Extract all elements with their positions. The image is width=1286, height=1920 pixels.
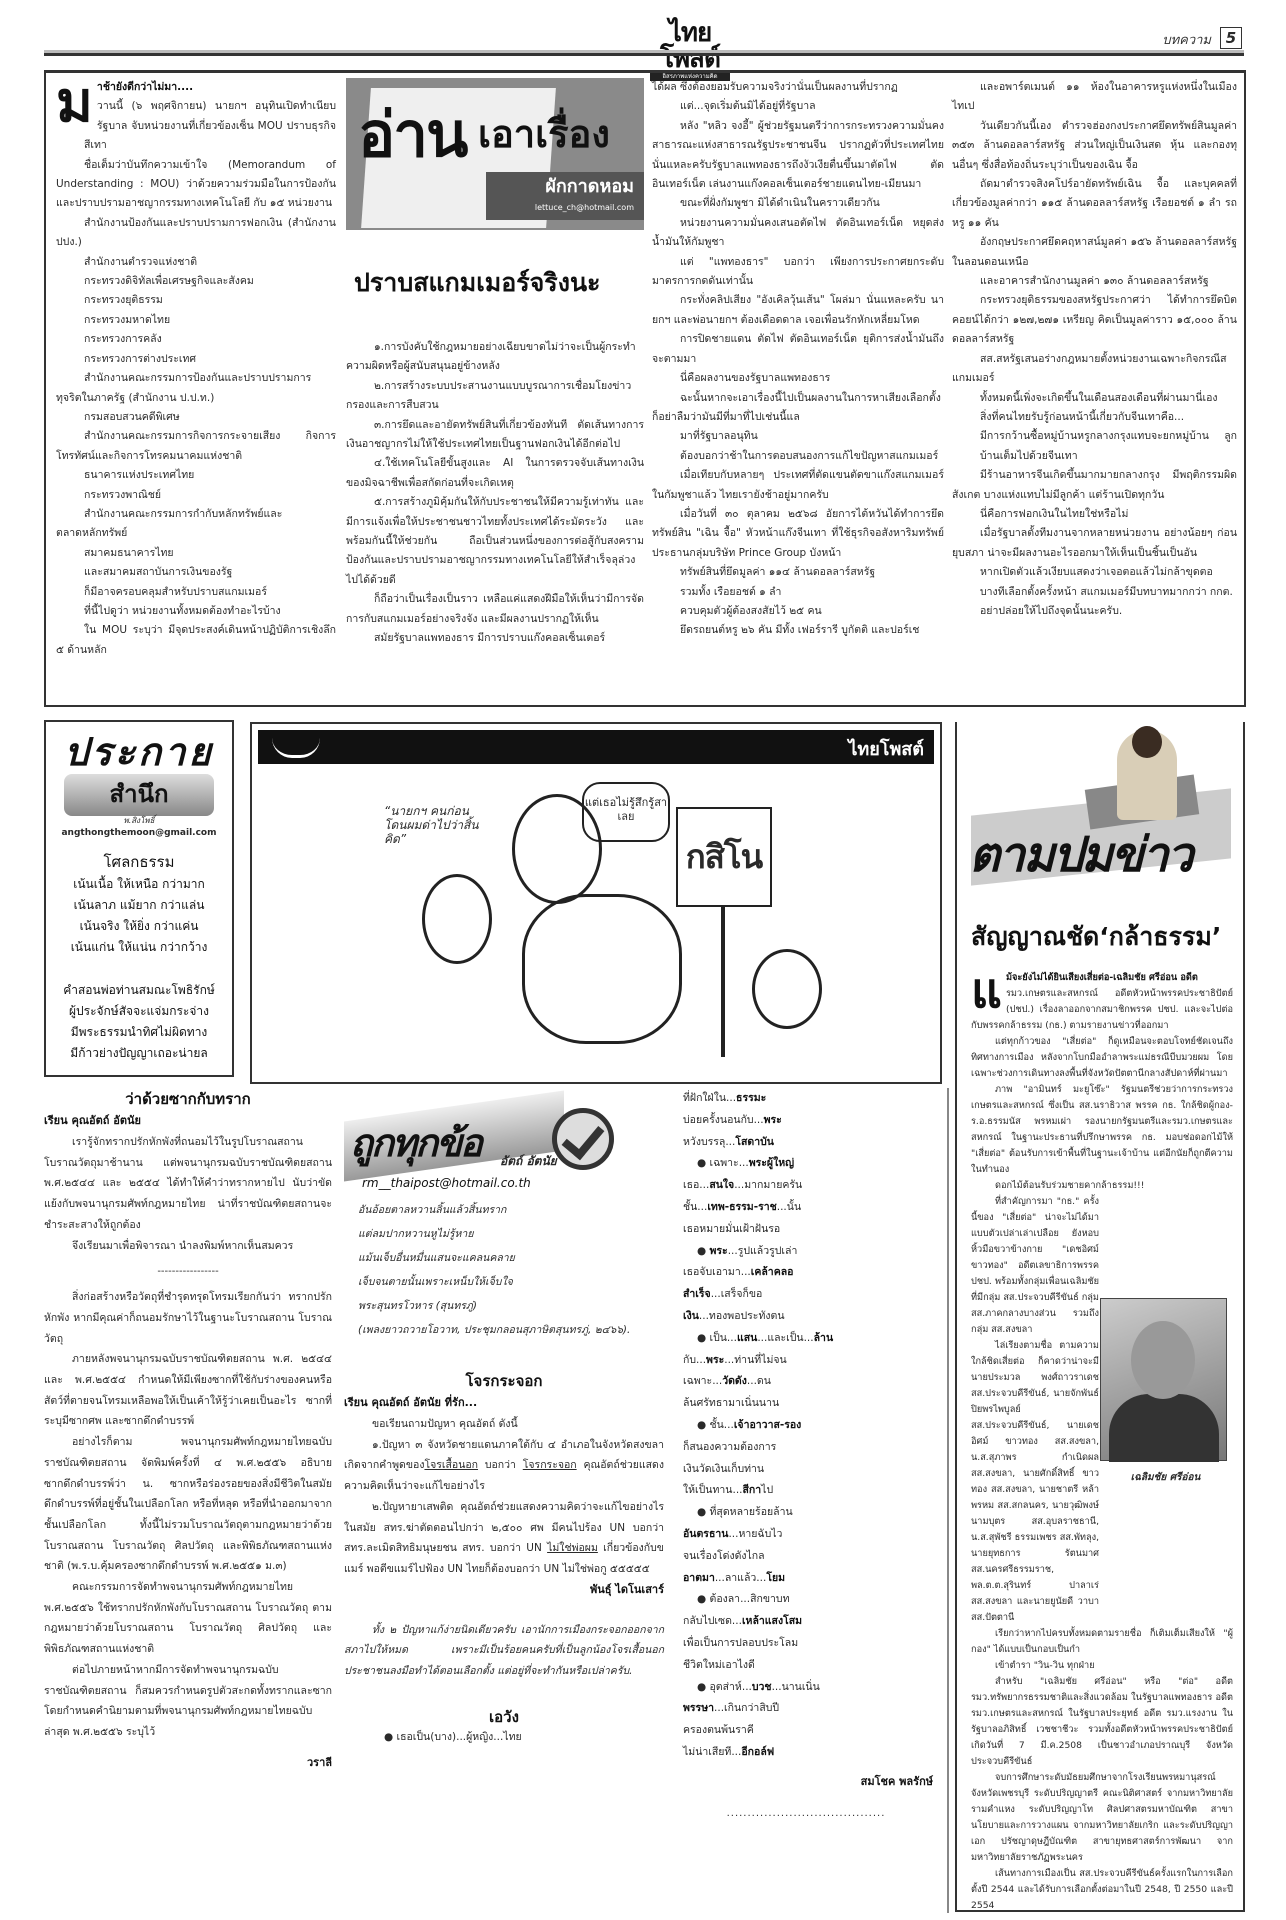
paragraph: อย่าปล่อยให้ไปถึงจุดนั้นนะครับ. — [952, 602, 1237, 621]
paragraph: สมาคมธนาคารไทย — [56, 544, 336, 563]
signature: สมโชค พลรักษ์ — [665, 1772, 933, 1790]
paragraph: กระทรวงยุติธรรม — [56, 291, 336, 310]
paragraph: แต่ทุกก้าวของ "เสี่ยต่อ" ก็ดูเหมือนจะตอบ… — [971, 1034, 1233, 1082]
paragraph: ได้ผล ซึ่งต้องยอมรับความจริงว่านั่นเป็นผ… — [652, 78, 944, 97]
verse-line: เจ็บจนตายนั้นเพราะเหน็บให้เจ็บใจ — [358, 1270, 664, 1294]
paragraph: สิ่งที่คนไทยรับรู้ก่อนหน้านี้เกี่ยวกับจี… — [952, 408, 1237, 427]
paragraph: เมื่อวันที่ ๓๐ ตุลาคม ๒๕๖๘ อัยการไต้หวัน… — [652, 505, 944, 563]
paragraph-list: และอพาร์ตเมนต์ ๑๑ ห้องในอาคารหรูแห่งหนึ่… — [952, 78, 1237, 621]
paragraph: ใน MOU ระบุว่า มีจุดประสงค์เดินหน้าปฏิบั… — [56, 621, 336, 660]
verse-1: เน้นเนื้อ ให้เหนือ กว่ามากเน้นลาภ แม้ยาก… — [46, 874, 232, 958]
page-number: 5 — [1220, 27, 1242, 49]
verse-line: แต่ลมปากหวานหูไม่รู้หาย — [358, 1222, 664, 1246]
paragraph: ๔.ใช้เทคโนโลยีขั้นสูงและ AI ในการตรวจจับ… — [346, 454, 644, 493]
column-1: ม าช้ายังดีกว่าไม่มา.... วานนี้ (๖ พฤศจิ… — [56, 78, 336, 660]
verse-line: อันตรธาน...หายฉับไว — [683, 1524, 947, 1546]
paragraph: กระทั่งคลิปเสียง "อังเคิลวุ้นเส้น" โผล่ม… — [652, 291, 944, 330]
paragraph: วันเดียวกันนี้เอง ตำรวจฮ่องกงประกาศยึดทร… — [952, 117, 1237, 175]
paragraph: อังกฤษประกาศยึดคฤหาสน์มูลค่า ๑๕๖ ล้านดอล… — [952, 233, 1237, 272]
verse-line: เธอจับเอามา...เคล้าคลอ — [683, 1262, 947, 1284]
verse-line: ● ชั้น...เจ้าอาวาส-รอง — [683, 1415, 947, 1437]
paragraph: สำหรับ "เฉลิมชัย ศรีอ่อน" หรือ "ต่อ" อดี… — [971, 1674, 1233, 1770]
paragraph: อย่างไรก็ตาม พจนานุกรมศัพท์กฎหมายไทยฉบับ… — [44, 1432, 332, 1577]
masthead: ไทยโพสต์ อิสรภาพแห่งความคิด — [640, 20, 740, 54]
paragraph: รวมทั้ง เรือยอชต์ ๑ ลำ — [652, 583, 944, 602]
paragraph: ธนาคารแห่งประเทศไทย — [56, 466, 336, 485]
cartoon-quote: “นายกฯ คนก่อนโดนผมด่าไปว่าสิ้นคิด” — [384, 804, 484, 846]
paragraph: และอพาร์ตเมนต์ ๑๑ ห้องในอาคารหรูแห่งหนึ่… — [952, 78, 1237, 117]
news-tracking-column: ตามปมข่าว สัญญาณชัด‘กล้าธรรม’ แ ม้จะยังไ… — [955, 722, 1245, 1912]
paragraph: การปิดชายแดน ตัดไฟ ตัดอินเทอร์เน็ต ยุติก… — [652, 330, 944, 369]
paragraph: เรียกว่าหากไปครบทั้งหมดตามรายชื่อ ก็เติม… — [971, 1626, 1233, 1658]
paragraph: สำนักงานคณะกรรมการกำกับหลักทรัพย์และตลาด… — [56, 505, 336, 544]
sign-text: กสิโน — [678, 809, 770, 905]
verse-line: ● พระ...รูปแล้วรูปเล่า — [683, 1241, 947, 1263]
verse-line: ● เป็น...แสน...และเป็น...ล้าน — [683, 1328, 947, 1350]
verse-line: ● เฉพาะ...พระผู้ใหญ่ — [683, 1153, 947, 1175]
question-2: ๒.ปัญหายาเสพติด คุณอัตถ์ช่วยแสดงความคิดว… — [344, 1497, 664, 1580]
paragraph: คณะกรรมการจัดทำพจนานุกรมศัพท์กฎหมายไทย พ… — [44, 1577, 332, 1660]
verse-line: ● ที่สุดหลายร้อยล้าน — [683, 1502, 947, 1524]
masthead-logo: ไทยโพสต์ — [640, 20, 740, 72]
paragraph: กระทรวงดิจิทัลเพื่อเศรษฐกิจและสังคม — [56, 272, 336, 291]
checkmark-icon — [552, 1108, 614, 1170]
column-intro: ม าช้ายังดีกว่าไม่มา.... — [56, 78, 336, 97]
author-tag: ผักกาดหอม lettuce_ch@hotmail.com — [486, 172, 644, 220]
poem-email[interactable]: angthongthemoon@gmail.com — [46, 828, 232, 838]
verse-line: อันอ้อยตาลหวานลิ้นแล้วสิ้นทราก — [358, 1198, 664, 1222]
verse-line: หวังบรรลุ...โสดาบัน — [683, 1132, 947, 1154]
column-4: และอพาร์ตเมนต์ ๑๑ ห้องในอาคารหรูแห่งหนึ่… — [952, 78, 1237, 621]
letter-salutation: เรียน คุณอัตถ์ อัตนัย ที่รัก... — [344, 1392, 664, 1414]
verse-2: คำสอนพ่อท่านสมณะโพธิรักษ์ผู้ประจักษ์สัจจ… — [46, 980, 232, 1064]
paragraph: จบการศึกษาระดับมัธยมศึกษาจากโรงเรียนพรหม… — [971, 1770, 1233, 1866]
paragraph: ดอกไม้ต้อนรับร่วมชายคากล้าธรรม!!! — [971, 1178, 1233, 1194]
column-email[interactable]: rm__thaipost@hotmail.co.th — [362, 1176, 664, 1190]
big-man-body-figure — [522, 894, 682, 1044]
header-rule — [44, 50, 1244, 56]
paragraph: ต่อไปภายหน้าหากมีการจัดทำพจนานุกรมฉบับรา… — [44, 1660, 332, 1743]
paragraph: รมว.เกษตรและสหกรณ์ อดีตหัวหน้าพรรคประชาธ… — [971, 986, 1233, 1034]
verse-line: ● อุตส่าห์...บวช...นานเนิ่น — [683, 1677, 947, 1699]
verse-line: ● ต้องลา...สิกขาบท — [683, 1589, 947, 1611]
section-label: บทความ — [1162, 29, 1211, 50]
verse-line: มีพระธรรมนำทิศไม่ผิดทาง — [46, 1022, 232, 1043]
verse-line: กลับไปเซด...เหล้าแสงโสม — [683, 1611, 947, 1633]
paragraph: มาที่รัฐบาลอนุทิน — [652, 427, 944, 446]
paragraph: ชื่อเต็มว่าบันทึกความเข้าใจ (Memorandum … — [56, 156, 336, 214]
verse-line: เน้นเนื้อ ให้เหนือ กว่ามาก — [46, 874, 232, 895]
verse-first-line: ● เธอเป็น(บาง)...ผู้หญิง...ไทย — [344, 1728, 664, 1745]
column-2: อ่าน เอาเรื่อง ผักกาดหอม lettuce_ch@hotm… — [346, 78, 644, 649]
verse-line: ครองตนพ้นราคี — [683, 1720, 947, 1742]
paragraph: แต่...จุดเริ่มต้นมิได้อยู่ที่รัฐบาล — [652, 97, 944, 116]
letter-section-1: ว่าด้วยซากกับทราก เรียน คุณอัตถ์ อัตนัย … — [44, 1088, 332, 1771]
paragraph: ที่สำคัญการมา "กธ." ครั้งนี้ของ "เสี่ยต่… — [971, 1194, 1099, 1338]
paragraph: ควบคุมตัวผู้ต้องสงสัยไว้ ๒๕ คน — [652, 602, 944, 621]
paragraph: กรมสอบสวนคดีพิเศษ — [56, 408, 336, 427]
cartoon-header-bar: ไทยโพสต์ — [258, 730, 934, 764]
section-title: เอวัง — [344, 1706, 664, 1728]
paragraph: ต้องบอกว่าช้าในการตอบสนองการแก้ไขปัญหาสแ… — [652, 447, 944, 466]
verse-line: เพื่อเป็นการปลอบประโลม — [683, 1633, 947, 1655]
paragraph: ไล่เรียงตามชื่อ ตามความใกล้ชิดเสี่ยต่อ ก… — [971, 1338, 1099, 1626]
letter-salutation: เรียน คุณอัตถ์ อัตนัย — [44, 1110, 332, 1132]
paragraph: ขณะที่ฝั่งกัมพูชา มิได้ดำเนินในคราวเดียว… — [652, 194, 944, 213]
paragraph: ๑.การบังคับใช้กฎหมายอย่างเฉียบขาดไม่ว่าจ… — [346, 338, 644, 377]
letter-title: ว่าด้วยซากกับทราก — [44, 1088, 332, 1110]
paragraph: ภายหลังพจนานุกรมฉบับราชบัณฑิตยสถาน พ.ศ. … — [44, 1349, 332, 1432]
paragraph: ยึดรถยนต์หรู ๒๖ คัน มีทั้ง เฟอร์รารี บูก… — [652, 621, 944, 640]
divider: ...................................... — [665, 1808, 947, 1819]
article-headline: ปราบสแกมเมอร์จริงนะ — [354, 268, 644, 298]
letter-title: โจรกระจอก — [344, 1370, 664, 1392]
paragraph: สำนักงานคณะกรรมการป้องกันและปราบปรามการท… — [56, 369, 336, 408]
verse-line: มีก้าวย่างปัญญาเถอะน่ายล — [46, 1043, 232, 1064]
paragraph: เข้าตำรา "วิน-วิน ทุกฝ่าย — [971, 1658, 1233, 1674]
quoted-poem: อันอ้อยตาลหวานลิ้นแล้วสิ้นทรากแต่ลมปากหว… — [344, 1198, 664, 1342]
paragraph: และสมาคมสถาบันการเงินของรัฐ — [56, 563, 336, 582]
paragraph: มีร้านอาหารจีนเกิดขึ้นมากมายกลางกรุง มีพ… — [952, 466, 1237, 505]
author-name: ผักกาดหอม — [486, 176, 634, 198]
verse-line: ที่ฝักใฝ่ใน...ธรรมะ — [683, 1088, 947, 1110]
paragraph: ๒.การสร้างระบบประสานงานแบบบูรณาการเชื่อม… — [346, 377, 644, 416]
dropcap: ม — [56, 78, 93, 128]
verse-line: แม้นเจ็บอื่นหมื่นแสนจะแคลนคลาย — [358, 1246, 664, 1270]
author-email[interactable]: lettuce_ch@hotmail.com — [486, 198, 634, 217]
dropcap: แ — [971, 970, 1002, 1012]
letter-body: ขอเรียนถามปัญหา คุณอัตถ์ ดังนี้ ๑.ปัญหา … — [344, 1414, 664, 1580]
lead-text: ม้จะยังไม่ได้ยินเสียงเสี่ยต่อ-เฉลิมชัย ศ… — [1006, 972, 1198, 983]
verse-line: (เพลงยาวถวายโอวาท, ประชุมกลอนสุภาษิตสุนท… — [358, 1318, 664, 1342]
paragraph: มีการกว้านซื้อหมู่บ้านหรูกลางกรุงแทบจะยก… — [952, 427, 1237, 466]
verse-line: พรรษา...เกินกว่าสิบปี — [683, 1698, 947, 1720]
paragraph: กระทรวงการคลัง — [56, 330, 336, 349]
paragraph: กระทรวงยุติธรรมของสหรัฐประกาศว่า ได้ทำกา… — [952, 291, 1237, 349]
verse-line: ให้เป็นทาน...สีกาไป — [683, 1480, 947, 1502]
ribbon-title: สำนึก — [64, 774, 214, 816]
paragraph: ภาพ "อามินทร์ มะยูโซ๊ะ" รัฐมนตรีช่วยว่าก… — [971, 1082, 1233, 1178]
paragraph: ทั้งหมดนี้เพิ่งจะเกิดขึ้นในเดือนสองเดือน… — [952, 389, 1237, 408]
verse-line: คำสอนพ่อท่านสมณะโพธิรักษ์ — [46, 980, 232, 1001]
banner-title-small: เอาเรื่อง — [478, 114, 610, 154]
paragraph: สิ่งก่อสร้างหรือวัตถุที่ชำรุดทรุดโทรมเรี… — [44, 1287, 332, 1349]
photo-caption: เฉลิมชัย ศรีอ่อน — [1102, 1470, 1229, 1485]
paragraph: ที่นี้ไปดูว่า หน่วยงานทั้งหมดต้องทำอะไรบ… — [56, 602, 336, 621]
paragraph: หากเปิดตัวแล้วเงียบแสดงว่าเจอตอแล้วไม่กล… — [952, 563, 1237, 582]
verse-column: ที่ฝักใฝ่ใน...ธรรมะบ่อยครั้งนอนกับ...พระ… — [665, 1088, 949, 1913]
letter-body: เรารู้จักทรากปรักหักพังที่ถนอมไว้ในรูปโบ… — [44, 1132, 332, 1256]
paragraph: แต่ "แพทองธาร" บอกว่า เพียงการประกาศยกระ… — [652, 253, 944, 292]
answer-body: ทั้ง ๒ ปัญหาแก้ง่ายนิดเดียวครับ เอานักกา… — [344, 1620, 664, 1682]
question-1: ๑.ปัญหา ๓ จังหวัดชายแดนภาคใต้กับ ๔ อำเภอ… — [344, 1435, 664, 1497]
verse-line: เน้นแก่น ให้แน่น กว่ากว้าง — [46, 937, 232, 958]
letter-section-2: ถูกทุกข้อ อัตถ์ อัตนัย rm__thaipost@hotm… — [344, 1088, 664, 1745]
verse-lines: ที่ฝักใฝ่ใน...ธรรมะบ่อยครั้งนอนกับ...พระ… — [665, 1088, 947, 1764]
letter-opening: ขอเรียนถามปัญหา คุณอัตถ์ ดังนี้ — [344, 1414, 664, 1435]
verse-line: อาตมา...ลาแล้ว...โยม — [683, 1568, 947, 1590]
verse-line: บ่อยครั้งนอนกับ...พระ — [683, 1110, 947, 1132]
paragraph: ๕.การสร้างภูมิคุ้มกันให้กับประชาชนให้มีค… — [346, 493, 644, 590]
poem-author: พ.สิงโพธิ์ — [46, 814, 232, 827]
verse-line: เน้นลาภ แม้ยาก กว่าแล่น — [46, 895, 232, 916]
verse-line: ชั้น...เทพ-ธรรม-ราช...นั้น — [683, 1197, 947, 1219]
verse-line: ก็สนองความต้องการ — [683, 1437, 947, 1459]
verse-line: ไม่น่าเสียที...อีกอล์ฟ — [683, 1742, 947, 1764]
paragraph: กระทรวงมหาดไทย — [56, 311, 336, 330]
editorial-cartoon: ไทยโพสต์ “นายกฯ คนก่อนโดนผมด่าไปว่าสิ้นค… — [250, 722, 942, 1084]
signature: วราลี — [44, 1753, 332, 1771]
paragraph: วานนี้ (๖ พฤศจิกายน) นายกฯ อนุทินเปิดทำเ… — [56, 97, 336, 155]
paragraph: ก็ถือว่าเป็นเรื่องเป็นราว เหลือแค่แสดงฝี… — [346, 590, 644, 629]
poem-title: โศลกธรรม — [46, 850, 232, 874]
portrait-photo — [1100, 1298, 1227, 1461]
sign-pole — [721, 907, 725, 1057]
column-banner: อ่าน เอาเรื่อง ผักกาดหอม lettuce_ch@hotm… — [346, 78, 644, 230]
answer-body: สิ่งก่อสร้างหรือวัตถุที่ชำรุดทรุดโทรมเรี… — [44, 1287, 332, 1742]
paragraph: ๓.การยึดและอายัดทรัพย์สินที่เกี่ยวข้องทั… — [346, 416, 644, 455]
paragraph-list: ได้ผล ซึ่งต้องยอมรับความจริงว่านั่นเป็นผ… — [652, 78, 944, 641]
verse-line: จนเรื่องโด่งดังไกล — [683, 1546, 947, 1568]
paragraph: หลัง "หลิว จงอี้" ผู้ช่วยรัฐมนตรีว่าการก… — [652, 117, 944, 195]
paragraph: เมื่อเทียบกับหลายๆ ประเทศที่ตัดแขนตัดขาแ… — [652, 466, 944, 505]
column-3: ได้ผล ซึ่งต้องยอมรับความจริงว่านั่นเป็นผ… — [652, 78, 944, 641]
small-man-figure — [422, 874, 492, 964]
verse-line: สำเร็จ...เสร็จก็ขอ — [683, 1284, 947, 1306]
paragraph: สำนักงานตำรวจแห่งชาติ — [56, 253, 336, 272]
paragraph: บางทีเลือกตั้งครั้งหน้า สแกมเมอร์มีบทบาท… — [952, 583, 1237, 602]
verse-line: เธอ...สนใจ...มากมายครัน — [683, 1175, 947, 1197]
paragraph: สำนักงานป้องกันและปราบปรามการฟอกเงิน (สำ… — [56, 214, 336, 253]
girl-figure — [752, 949, 822, 1029]
intro-lead: าช้ายังดีกว่าไม่มา.... — [97, 81, 193, 93]
verse-line: ผู้ประจักษ์สัจจะแจ่มกระจ่าง — [46, 1001, 232, 1022]
verse-line: เงินวัดเงินเก็บท่าน — [683, 1459, 947, 1481]
paragraph: จึงเรียนมาเพื่อพิจารณา นำลงพิมพ์หากเห็นส… — [44, 1236, 332, 1257]
paragraph: และอาคารสำนักงานมูลค่า ๑๓๐ ล้านดอลลาร์สห… — [952, 272, 1237, 291]
reader-figure — [1117, 730, 1177, 820]
big-man-head-figure — [512, 794, 602, 904]
paragraph-list: ๑.การบังคับใช้กฎหมายอย่างเฉียบขาดไม่ว่าจ… — [346, 338, 644, 649]
verse-line: กับ...พระ...ท่านที่ไม่จน — [683, 1350, 947, 1372]
mascot-icon — [272, 736, 320, 758]
paragraph: ฉะนั้นหากจะเอาเรื่องนี้ไปเป็นผลงานในการห… — [652, 389, 944, 428]
paragraph-list: วานนี้ (๖ พฤศจิกายน) นายกฯ อนุทินเปิดทำเ… — [56, 97, 336, 660]
paragraph: ถัดมาตำรวจสิงคโปร์อายัดทรัพย์เฉิน จื้อ แ… — [952, 175, 1237, 233]
paragraph: สมัยรัฐบาลแพทองธาร มีการปราบแก๊งคอลเซ็นเ… — [346, 629, 644, 648]
column-logo: ตามปมข่าว — [969, 827, 1192, 883]
verse-line: เงิน...ทองพอประทังตน — [683, 1306, 947, 1328]
paragraph: นี่คือการฟอกเงินในไทยใช่หรือไม่ — [952, 505, 1237, 524]
verse-line: เฉพาะ...วัดดัง...ดน — [683, 1371, 947, 1393]
verse-line: เธอหมายมั่นเฝ้าฝันรอ — [683, 1219, 947, 1241]
prakai-logo: ประกาย — [46, 732, 232, 772]
paragraph: กระทรวงพาณิชย์ — [56, 486, 336, 505]
paragraph: กระทรวงการต่างประเทศ — [56, 350, 336, 369]
paragraph: เมื่อรัฐบาลตั้งทีมงานจากหลายหน่วยงาน อย่… — [952, 524, 1237, 563]
signature: พันธุ์ ไดโนเสาร์ — [344, 1580, 664, 1598]
paragraph: เส้นทางการเมืองเป็น สส.ประจวบคีรีขันธ์คร… — [971, 1866, 1233, 1914]
article-headline: สัญญาณชัด‘กล้าธรรม’ — [971, 917, 1221, 957]
paragraph: สส.สหรัฐเสนอร่างกฎหมายตั้งหน่วยงานเฉพาะก… — [952, 350, 1237, 389]
verse-line: เน้นจริง ให้ยิ่ง กว่าแค่น — [46, 916, 232, 937]
verse-line: ล้นศรัทธามาเนิ่นนาน — [683, 1393, 947, 1415]
divider: ----------------- — [44, 1266, 332, 1277]
paragraph: นี่คือผลงานของรัฐบาลแพทองธาร — [652, 369, 944, 388]
paragraph: เรารู้จักทรากปรักหักพังที่ถนอมไว้ในรูปโบ… — [44, 1132, 332, 1236]
prakai-poem-box: ประกาย สำนึก พ.สิงโพธิ์ angthongthemoon@… — [44, 720, 234, 1077]
column-logo-correct-all: ถูกทุกข้อ อัตถ์ อัตนัย — [344, 1096, 634, 1176]
verse-line: พระสุนทรโวหาร (สุนทรภู่) — [358, 1294, 664, 1318]
verse-line: ชีวิตใหม่เอาไงดี — [683, 1655, 947, 1677]
logo-title: ถูกทุกข้อ — [350, 1112, 481, 1173]
paragraph: ก็มีอาจครอบคลุมสำหรับปราบสแกมเมอร์ — [56, 583, 336, 602]
banner-title-big: อ่าน — [358, 100, 466, 170]
paragraph: หน่วยงานความมั่นคงเสนอตัดไฟ ตัดอินเทอร์เ… — [652, 214, 944, 253]
logo-author: อัตถ์ อัตนัย — [500, 1152, 557, 1171]
cartoon-sign: กสิโน — [676, 807, 772, 907]
cartoon-brand: ไทยโพสต์ — [848, 734, 924, 763]
paragraph: สำนักงานคณะกรรมการกิจการกระจายเสียง กิจก… — [56, 427, 336, 466]
paragraph: ทรัพย์สินที่ยึดมูลค่า ๑๑๔ ล้านดอลลาร์สหร… — [652, 563, 944, 582]
